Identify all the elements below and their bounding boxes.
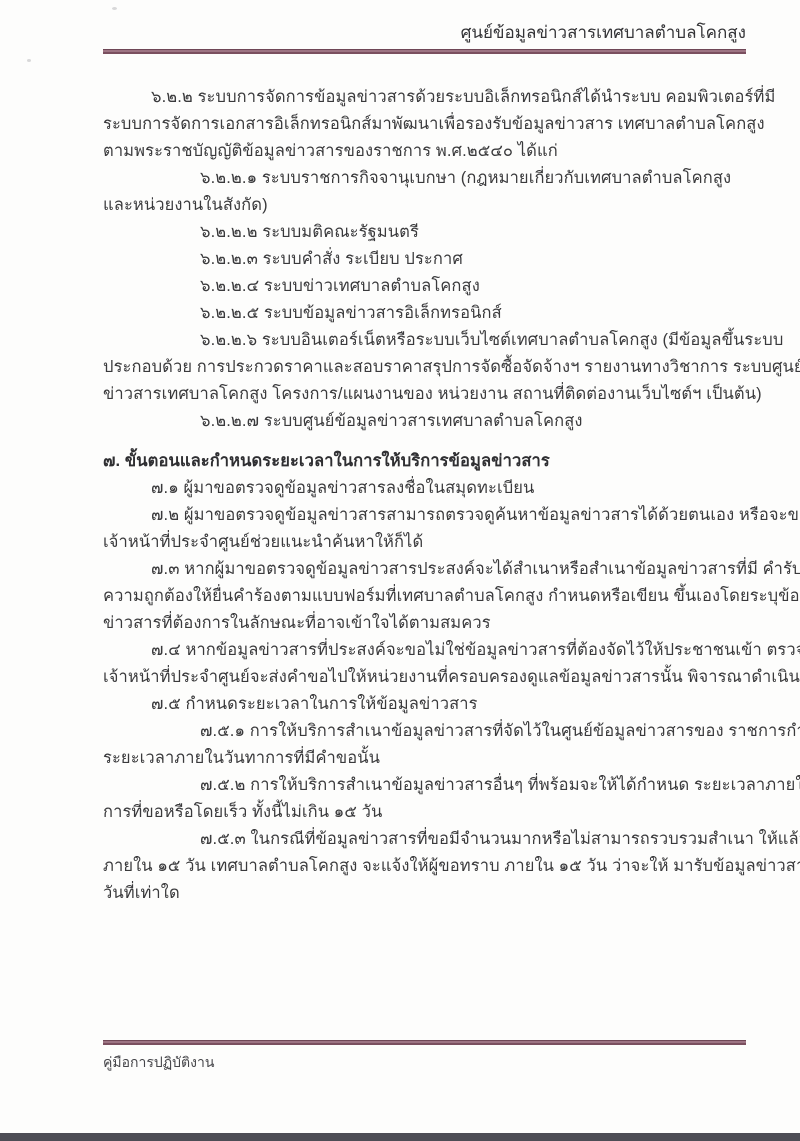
text-line: ระยะเวลาภายในวันทาการที่มีคำขอนั้น bbox=[103, 745, 763, 772]
scan-edge-bar bbox=[0, 1133, 800, 1141]
text-line: ๗. ขั้นตอนและกำหนดระยะเวลาในการให้บริการ… bbox=[103, 448, 763, 475]
text-line: ข่าวสารที่ต้องการในลักษณะที่อาจเข้าใจได้… bbox=[103, 610, 763, 637]
scan-speck bbox=[27, 59, 31, 62]
document-body: ๖.๒.๒ ระบบการจัดการข้อมูลข่าวสารด้วยระบบ… bbox=[103, 84, 763, 907]
text-line: ๖.๒.๒.๑ ระบบราชการกิจจานุเบกษา (กฎหมายเก… bbox=[103, 165, 763, 192]
text-line: ตามพระราชบัญญัติข้อมูลข่าวสารของราชการ พ… bbox=[103, 138, 763, 165]
text-line: ระบบการจัดการเอกสารอิเล็กทรอนิกส์มาพัฒนา… bbox=[103, 111, 763, 138]
text-line: วันที่เท่าใด bbox=[103, 880, 763, 907]
text-line: ๗.๓ หากผู้มาขอตรวจดูข้อมูลข่าวสารประสงค์… bbox=[103, 556, 763, 583]
document-page: ศูนย์ข้อมูลข่าวสารเทศบาลตำบลโคกสูง ๖.๒.๒… bbox=[0, 0, 800, 1141]
text-line: ๖.๒.๒.๖ ระบบอินเตอร์เน็ตหรือระบบเว็บไซต์… bbox=[103, 327, 763, 354]
text-line: ๗.๕.๒ การให้บริการสำเนาข้อมูลข่าวสารอื่น… bbox=[103, 772, 763, 799]
text-line: ๗.๕ กำหนดระยะเวลาในการให้ข้อมูลข่าวสาร bbox=[103, 691, 763, 718]
text-line: ๖.๒.๒.๕ ระบบข้อมูลข่าวสารอิเล็กทรอนิกส์ bbox=[103, 300, 763, 327]
text-line: ประกอบด้วย การประกวดราคาและสอบราคาสรุปกา… bbox=[103, 354, 763, 381]
text-line: ๗.๔ หากข้อมูลข่าวสารที่ประสงค์จะขอไม่ใช่… bbox=[103, 637, 763, 664]
text-line: ๗.๕.๓ ในกรณีที่ข้อมูลข่าวสารที่ขอมีจำนวน… bbox=[103, 826, 763, 853]
text-line: ๗.๒ ผู้มาขอตรวจดูข้อมูลข่าวสารสามารถตรวจ… bbox=[103, 502, 763, 529]
text-line: เจ้าหน้าที่ประจำศูนย์ช่วยแนะนำค้นหาให้ก็… bbox=[103, 529, 763, 556]
footer-label: คู่มือการปฏิบัติงาน bbox=[103, 1045, 746, 1074]
text-line: ๖.๒.๒.๓ ระบบคำสั่ง ระเบียบ ประกาศ bbox=[103, 246, 763, 273]
text-line: ความถูกต้องให้ยื่นคำร้องตามแบบฟอร์มที่เท… bbox=[103, 583, 763, 610]
text-line: เจ้าหน้าที่ประจำศูนย์จะส่งคำขอไปให้หน่วย… bbox=[103, 664, 763, 691]
text-line: ๖.๒.๒.๗ ระบบศูนย์ข้อมูลข่าวสารเทศบาลตำบล… bbox=[103, 408, 763, 435]
header-rule bbox=[103, 49, 746, 54]
page-header: ศูนย์ข้อมูลข่าวสารเทศบาลตำบลโคกสูง bbox=[103, 0, 746, 54]
text-line: ๖.๒.๒.๒ ระบบมติคณะรัฐมนตรี bbox=[103, 219, 763, 246]
page-footer: คู่มือการปฏิบัติงาน bbox=[103, 1040, 746, 1074]
text-line: ๖.๒.๒.๔ ระบบข่าวเทศบาลตำบลโคกสูง bbox=[103, 273, 763, 300]
text-line: และหน่วยงานในสังกัด) bbox=[103, 192, 763, 219]
text-line: การที่ขอหรือโดยเร็ว ทั้งนี้ไม่เกิน ๑๕ วั… bbox=[103, 799, 763, 826]
text-line: ภายใน ๑๕ วัน เทศบาลตำบลโคกสูง จะแจ้งให้ผ… bbox=[103, 853, 763, 880]
text-line: ๗.๕.๑ การให้บริการสำเนาข้อมูลข่าวสารที่จ… bbox=[103, 718, 763, 745]
text-line: ข่าวสารเทศบาลโคกสูง โครงการ/แผนงานของ หน… bbox=[103, 381, 763, 408]
text-line: ๖.๒.๒ ระบบการจัดการข้อมูลข่าวสารด้วยระบบ… bbox=[103, 84, 763, 111]
header-title: ศูนย์ข้อมูลข่าวสารเทศบาลตำบลโคกสูง bbox=[103, 0, 746, 45]
text-line: ๗.๑ ผู้มาขอตรวจดูข้อมูลข่าวสารลงชื่อในสม… bbox=[103, 475, 763, 502]
